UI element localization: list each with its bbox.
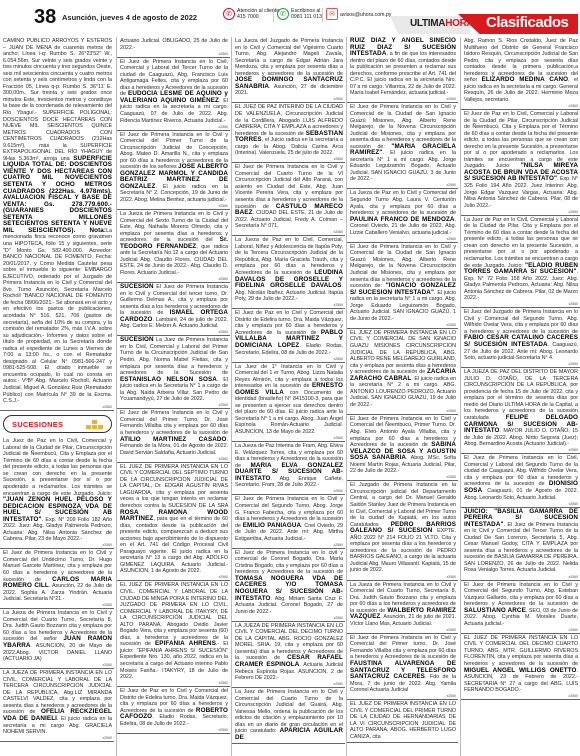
phone-icon: ✆ (223, 8, 235, 20)
notice-code: x2560 (350, 694, 456, 698)
notice-text: EL JUEZ DE PRIMERA INSTANCIA EN LO CIVIL… (350, 701, 456, 740)
notice-text: con Documento de identidad (brasileño) N… (235, 390, 343, 435)
brand-banner: ULTIMAHORA Clasificados (390, 0, 580, 34)
legal-notice: EL JUEZ DE PRIMERA INSTANCIA EN LO CIVIL… (347, 329, 458, 415)
notice-text: EL JUEZ DE PRIMERA INSTANCIA EN LO CIVIL… (120, 582, 228, 647)
legal-notice: EL JUEZ DE PRIMERA INSTANCIA EN LO CIVIL… (347, 700, 458, 742)
notice-code: x2560 (235, 489, 343, 493)
notice-code: x2560 (464, 628, 578, 632)
divider (273, 8, 274, 22)
notice-code: x2560 (235, 97, 343, 101)
legal-notice: El Juez de Primera Instancia en lo Civil… (117, 409, 230, 462)
notice-code: x2560 (120, 125, 228, 129)
notice-text: EXPTE. AÑO 2022 N° 214 FOLIO 21 VLTO. Ci… (350, 528, 456, 573)
column-2: Actuario Judicial. OBLIGADO, 25 de Julio… (116, 37, 230, 756)
legal-notice: El Juez de Primera Instancia en lo Civil… (347, 103, 458, 189)
notice-code: x2560 (235, 436, 343, 440)
notice-text: La mencionada finca reconoce como gravam… (3, 228, 112, 404)
notice-code: x2560 (464, 694, 578, 698)
legal-notice: CAMINO PUBLICO ARROYOS Y ESTEROS – JUAN … (0, 37, 114, 411)
notice-text: , a fin de que los interesados dentro de… (350, 51, 456, 96)
legal-notice: El Juez de Primera Instancia en lo Civil… (0, 549, 114, 609)
legal-notice: La Jueza de Primera Instancia en lo Civi… (117, 210, 230, 283)
notice-code: x2560 (235, 682, 343, 686)
notice-name: ESTANISLAO NELSON SOSA (120, 376, 217, 383)
whatsapp-icon: ✆ (277, 8, 289, 20)
legal-notice: El Juez del Juzgado de Primera Instancia… (461, 308, 580, 368)
legal-notice: El Juez de Primera Instancia en lo Civil… (117, 58, 230, 131)
legal-notice: La Jueza de Paz en lo Civil, Comercial, … (232, 236, 345, 309)
legal-notice: Actuario Judicial. OBLIGADO, 25 de Julio… (117, 37, 230, 58)
notice-text: El Juez de Primera Instancia en lo Civil… (120, 410, 228, 436)
legal-notice: El Juez de Primera Instancia en lo Civil… (117, 131, 230, 211)
legal-notice: El Juez de Primera Instancia en lo Civil… (347, 634, 458, 700)
notice-code: x2560 (120, 204, 228, 208)
notice-text: La Jueza de Paz en lo Civil y Comercial … (350, 190, 456, 216)
page-header: 38 Asunción, jueves 4 de agosto de 2022 … (0, 0, 580, 36)
legal-notice: EL JUEZ DE PRIMERA INSTANCIA EN LO CIVIL… (461, 634, 580, 700)
notice-text: El Juez del Juzgado de Primera Instancia… (464, 309, 578, 335)
notice-code: x2560 (464, 302, 578, 306)
notice-code: x2560 (120, 330, 228, 334)
notice-text: El Juez de Primera Instancia en lo Civil… (350, 635, 456, 661)
legal-notice: El Juez de Primera Instancia en lo Civil… (347, 415, 458, 481)
legal-notice: LA JUEZA DE PRIMERA INSTANCIA EN LO CIVI… (0, 669, 114, 742)
notice-code: x2560 (464, 104, 578, 108)
legal-notice: El Juez de Paz en lo Civil y Comercial d… (232, 309, 345, 362)
notice-code: x2560 (350, 409, 456, 413)
notice-text: La Jueza de Primera Instancia en lo Civi… (120, 211, 228, 243)
legal-notice: La Jueza de Primera Instancia en lo Civi… (0, 609, 114, 669)
legal-notice: SUCESION La Juez de Primera Instancia en… (117, 336, 230, 409)
notice-code: x2560 (120, 457, 228, 461)
notice-code: x2560 (120, 277, 228, 281)
notice-code: x2560 (350, 97, 456, 101)
notice-text: CAMINO PUBLICO ARROYOS Y ESTEROS – JUAN … (3, 38, 112, 162)
notice-code: x2560 (464, 210, 578, 214)
classifieds-columns: CAMINO PUBLICO ARROYOS Y ESTEROS – JUAN … (0, 37, 580, 756)
notice-code: x2560 (120, 681, 228, 685)
legal-notice: La Jueza de Paz en lo Civil y Comercial … (347, 189, 458, 242)
notice-text: EL JUEZ DE PRIMERA INSTANCIA EN LO CIVIL… (120, 464, 228, 509)
legal-notice: La Juez de Paz en lo Civil, Comercial y … (0, 437, 114, 549)
dateline: Asunción, jueves 4 de agosto de 2022 (62, 13, 197, 22)
notice-code: x2560 (350, 237, 456, 241)
section-banner-sucesiones: SUCESIONES (3, 415, 112, 433)
legal-notice: LA JUEZA DE PAZ DEL DISTRITO DE MAYOR JU… (461, 368, 580, 454)
legal-notice: EL JUEZ DE PRIMERA INSTANCIA EN LO CIVIL… (117, 581, 230, 687)
notice-code: x2560 (120, 403, 228, 407)
notice-name: SUCESION (120, 336, 154, 343)
notice-code: x2560 (464, 502, 578, 506)
notice-name: SUPERFICIE LIQUIDA TOTAL DE: DOSCIENTOS … (3, 155, 112, 234)
notice-code: x2560 (235, 157, 343, 161)
legal-notice: El Juez de Paz en lo Civil y Comercial d… (117, 687, 230, 734)
section-title: Clasificados (486, 14, 568, 31)
notice-name: PAULINA FRANCO DE MENDOZA (350, 216, 455, 223)
legal-notice: La Juez de 1° Instancia en lo Civil y Co… (232, 363, 345, 443)
column-1: CAMINO PUBLICO ARROYOS Y ESTEROS – JUAN … (0, 37, 114, 756)
notice-code: x2560 (350, 575, 456, 579)
notice-name: SUCESION (120, 283, 154, 290)
notice-code: x2560 (464, 448, 578, 452)
contact-email: ✉ avisos@uhora.com.py (326, 8, 391, 20)
section-title-banner: Clasificados (458, 14, 578, 34)
notice-code: x2560 (120, 575, 228, 579)
brand-ultima: ULTIMA (410, 18, 445, 29)
column-4: RUIZ DIAZ Y ANGEL SINECIO RUIZ DIAZ S/ S… (346, 37, 458, 756)
notice-name: EMILIO PANIAGUA (243, 522, 301, 529)
notice-code: x2560 (464, 575, 578, 579)
notice-code: x2560 (3, 663, 112, 667)
notice-text: . El Juez de Primera Instancia en lo Civ… (464, 522, 578, 574)
notice-code: x2560 (235, 543, 343, 547)
notice-code: x2560 (235, 357, 343, 361)
legal-notice: EL JUEZ DE PRIMERA INSTANCIA EN LO CIVIL… (117, 463, 230, 582)
legal-notice: LA JUEZA DE PRIMERA INSTANCIA EN LO CIVI… (232, 622, 345, 688)
notice-name: EUDOCIA LESME DE AQUINO y VALERIANO AQUI… (120, 90, 228, 104)
notice-text: La Juez de Primera Instancia en lo Civil… (120, 337, 228, 376)
legal-notice: Abg. Ramon S. Rios Cristaldo, Juez de Pa… (461, 37, 580, 110)
legal-notice: EL JUEZ DE PAZ INTERINO DE LA CIUDAD DE … (232, 103, 345, 163)
notice-code: x2560 (464, 362, 578, 366)
notice-text: Actuario Judicial. OBLIGADO, 25 de Julio… (120, 38, 228, 51)
column-6: Abg. Ramon S. Rios Cristaldo, Juez de Pa… (460, 37, 580, 756)
notice-code: x2560 (3, 543, 112, 547)
notice-name: SALUSTIANO ARCE (464, 607, 526, 614)
legal-notice: El Juez de Primera Instancia en lo Civil… (232, 163, 345, 236)
notice-code: x2560 (120, 728, 228, 732)
legal-notice: La Juez de Primera Instancia en lo Civil… (232, 688, 345, 743)
legal-notice: SUCESION El Juez de Primera Instancia en… (117, 283, 230, 336)
notice-code: x2560 (235, 303, 343, 307)
contact-phone-value: 415 7000 (237, 14, 259, 20)
legal-notice: La Jueza de Primera Instancia en lo Civi… (347, 581, 458, 634)
notice-name: ELIZARDO MEDINA CANO (482, 76, 569, 83)
notice-text: EL JUEZ DE PRIMERA INSTANCIA EN LO CIVIL… (464, 635, 578, 667)
notice-text: El Juez de Primera Instancia en lo civil… (235, 550, 343, 576)
notice-text: . Caaguazú, 01 de Agosto de 2022. Abog. … (464, 488, 578, 501)
notice-code: x2560 (3, 405, 112, 409)
notice-code: x2560 (350, 475, 456, 479)
brand-logo: ULTIMAHORA (410, 18, 473, 29)
contact-whatsapp-value: 0981 111 013 (291, 14, 322, 20)
column-3: La Jueza del Juzgado de Primera Instanci… (231, 37, 345, 756)
legal-notice: El Juzgado de Primera Instancia en la Ci… (347, 481, 458, 580)
legal-notice: El Juez de Primera Instancia en lo civil… (232, 549, 345, 622)
notice-text: El Juez de Primera Instancia en lo Civil… (464, 582, 578, 608)
notice-code: x2560 (350, 628, 456, 632)
legal-notice: El Juez de Paz en lo Civil, Comercial y … (461, 110, 580, 216)
notice-code: x2560 (235, 230, 343, 234)
legal-notice: La Juez de Paz en lo Civil, Comercial y … (461, 216, 580, 309)
notice-code: x2560 (235, 616, 343, 620)
contact-phone: ✆ Atención al cliente:415 7000 (223, 8, 281, 20)
legal-notice: El Juez de Primera Instancia en lo Civil… (347, 243, 458, 329)
notice-code: x2560 (3, 603, 112, 607)
legal-notice: La Jueza del Juzgado de Primera Instanci… (232, 37, 345, 103)
notice-text: La Jueza del Juzgado de Primera Instanci… (235, 38, 343, 77)
legal-notice: JUICIO: "BASILIA GAMARRA DE PEREIRA S/ S… (461, 508, 580, 581)
notice-code: x2560 (3, 736, 112, 740)
contact-whatsapp: ✆ Escribinos al0981 111 013 (277, 8, 322, 20)
notice-code: x2560 (350, 183, 456, 187)
notice-name: MIGUEL ANGEL WILLIGS ONETTO (464, 667, 577, 674)
notice-code: x2560 (120, 52, 228, 56)
notice-code: x2560 (350, 323, 456, 327)
notice-text: .- El juicio: "EPIFANIA AHRENS S/ SUCESI… (120, 641, 228, 680)
contact-email-value: avisos@uhora.com.py (340, 12, 391, 18)
blocks-icon (86, 420, 103, 429)
mail-icon: ✉ (326, 8, 338, 20)
notice-text: El Juez de Paz en lo Civil, Comercial y … (464, 111, 578, 169)
section-banner-label: SUCESIONES (12, 420, 63, 429)
divider (322, 8, 323, 22)
legal-notice: La Jueza de Paz Interina de Fram, Abg. E… (232, 442, 345, 495)
notice-name: EPIFANIA AHRENS (155, 640, 216, 647)
page-number: 38 (34, 6, 56, 29)
notice-text: , para que en el término de 60 días, con… (120, 516, 228, 574)
legal-notice: El Juez de Primera Instancia en lo Civil… (461, 581, 580, 634)
legal-notice: El Juez de Primera Instancia en lo Civil… (461, 454, 580, 507)
legal-notice: El Juez de Primera Instancia en lo Civil… (232, 495, 345, 548)
notice-text: La Juez de Paz en lo Civil, Comercial y … (3, 438, 112, 496)
notice-name: ATILIO MARTINEZ CASADO (120, 436, 227, 443)
legal-notice: RUIZ DIAZ Y ANGEL SINECIO RUIZ DIAZ S/ S… (347, 37, 458, 103)
